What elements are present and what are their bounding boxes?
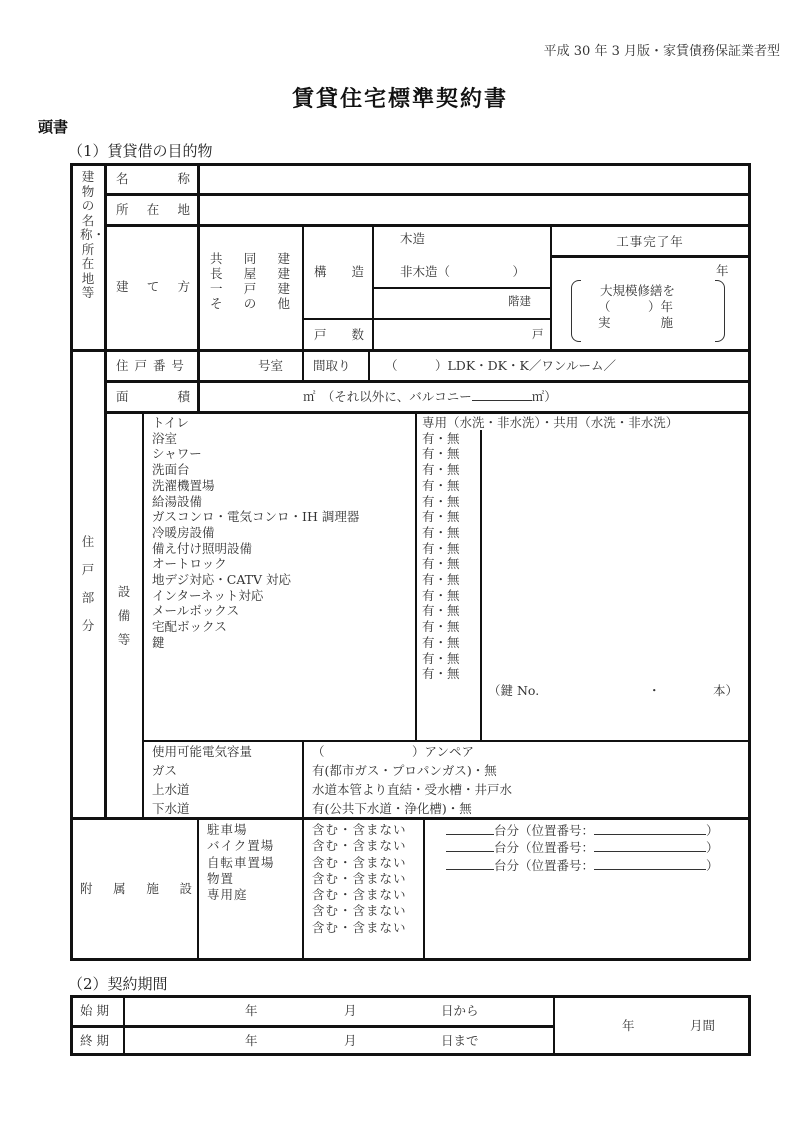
attached-names: 駐車場 バイク置場 自転車置場 物置 専用庭 bbox=[207, 822, 275, 903]
equipment-values[interactable]: 専用（水洗・非水洗）・共用（水洗・非水洗） 有・無 有・無 有・無 有・無 有・… bbox=[422, 415, 678, 682]
section1-title: （1）賃貸借の目的物 bbox=[68, 140, 213, 161]
start-year[interactable]: 年 bbox=[245, 1002, 258, 1020]
end-day[interactable]: 日まで bbox=[441, 1032, 479, 1050]
utility-names: 使用可能電気容量 ガス 上水道 下水道 bbox=[152, 742, 252, 818]
start-label: 始 期 bbox=[80, 1002, 109, 1020]
duration-month[interactable]: 月間 bbox=[690, 1017, 715, 1035]
build-type-options[interactable]: 共同建 長屋建 一戸建 その他 bbox=[210, 251, 294, 311]
building-group-label: 建物の名称・所在地等 bbox=[80, 170, 96, 301]
renovation-line-1: 大規模修繕を bbox=[600, 283, 675, 299]
renovation-bracket-left bbox=[571, 280, 581, 342]
key-note[interactable]: （鍵 No. ・ 本） bbox=[488, 682, 738, 700]
completion-year-suffix: 年 bbox=[716, 262, 729, 280]
build-type-label: 建て方 bbox=[116, 278, 190, 296]
layout-value[interactable]: （ ）LDK・DK・K／ワンルーム／ bbox=[385, 357, 616, 375]
renovation-bracket-right bbox=[715, 280, 725, 342]
section-label: 頭書 bbox=[38, 116, 68, 137]
structure-option-wood[interactable]: 木造 bbox=[400, 230, 425, 248]
attached-facilities-label: 附属施設 bbox=[80, 880, 192, 898]
area-label: 面積 bbox=[116, 388, 190, 406]
end-label: 終 期 bbox=[80, 1032, 109, 1050]
dwelling-group-label: 住戸部分 bbox=[80, 528, 96, 640]
end-month[interactable]: 月 bbox=[344, 1032, 357, 1050]
floors-suffix: 階建 bbox=[508, 292, 531, 310]
start-month[interactable]: 月 bbox=[344, 1002, 357, 1020]
section2-title: （2）契約期間 bbox=[68, 973, 168, 994]
area-value[interactable]: ㎡ （それ以外に、バルコニー㎡） bbox=[303, 388, 557, 406]
renovation-line-2: （ ）年 bbox=[598, 299, 673, 315]
edition-label: 平成 30 年 3 月版・家賃債務保証業者型 bbox=[544, 40, 780, 59]
equipment-group-label: 設備等 bbox=[116, 580, 132, 652]
units-label: 戸数 bbox=[314, 326, 364, 344]
address-label: 所在地 bbox=[116, 201, 190, 219]
layout-label: 間取り bbox=[313, 357, 351, 375]
units-suffix: 戸 bbox=[532, 325, 544, 343]
building-name-field[interactable] bbox=[200, 166, 748, 193]
unit-number-suffix: 号室 bbox=[258, 357, 283, 375]
end-year[interactable]: 年 bbox=[245, 1032, 258, 1050]
utility-values[interactable]: （ ）アンペア 有(都市ガス・プロパンガス)・無 水道本管より直結・受水槽・井戸… bbox=[312, 742, 512, 818]
address-field[interactable] bbox=[200, 196, 748, 224]
attached-values[interactable]: 含む・含まない 含む・含まない 含む・含まない 含む・含まない 含む・含まない … bbox=[312, 822, 407, 936]
attached-notes[interactable]: 台分（位置番号：） 台分（位置番号：） 台分（位置番号：） bbox=[446, 822, 719, 874]
completion-year-label: 工事完了年 bbox=[552, 233, 748, 251]
unit-number-label: 住 戸 番 号 bbox=[116, 357, 185, 375]
structure-option-nonwood[interactable]: 非木造（ ） bbox=[400, 263, 525, 281]
equipment-names: トイレ 浴室 シャワー 洗面台 洗濯機置場 給湯設備 ガスコンロ・電気コンロ・I… bbox=[152, 415, 359, 651]
structure-label: 構造 bbox=[314, 263, 364, 281]
document-title: 賃貸住宅標準契約書 bbox=[0, 82, 800, 113]
renovation-line-3: 実 施 bbox=[598, 315, 673, 331]
start-day[interactable]: 日から bbox=[441, 1002, 479, 1020]
name-label: 名称 bbox=[116, 170, 190, 188]
duration-year[interactable]: 年 bbox=[622, 1017, 635, 1035]
